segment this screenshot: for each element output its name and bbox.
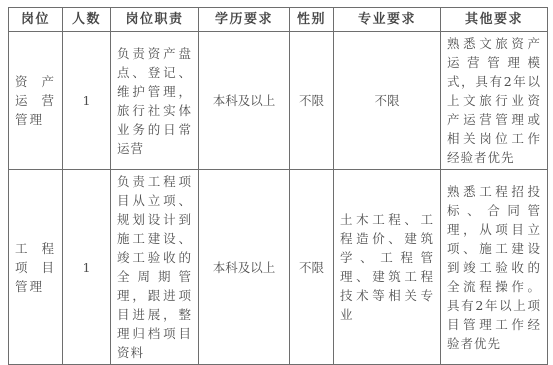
cell-gender: 不限	[290, 170, 334, 334]
table-row: 资产运营管理 1 负责资产盘点、登记、维护管理，旅行社实体业务的日常运营 本科及…	[9, 32, 548, 170]
cell-education: 本科及以上	[199, 170, 290, 334]
recruitment-table: 岗位 人数 岗位职责 学历要求 性别 专业要求 其他要求 资产运营管理 1 负责…	[8, 7, 548, 333]
cell-major: 土木工程、工程造价、建筑学、工程管理、建筑工程技术等相关专业	[334, 170, 441, 334]
cell-position: 资产运营管理	[9, 32, 63, 170]
cell-headcount: 1	[63, 32, 111, 170]
col-header-gender: 性别	[290, 8, 334, 32]
col-header-major: 专业要求	[334, 8, 441, 32]
cell-major: 不限	[334, 32, 441, 170]
cell-education: 本科及以上	[199, 32, 290, 170]
cell-position: 工程项目管理	[9, 170, 63, 334]
col-header-education: 学历要求	[199, 8, 290, 32]
table-row: 工程项目管理 1 负责工程项目从立项、规划设计到施工建设、竣工验收的全周期管理，…	[9, 170, 548, 334]
cell-other: 熟悉文旅资产运营管理模式，具有2年以上文旅行业资产运营管理或相关岗位工作经验者优…	[441, 32, 548, 170]
header-row: 岗位 人数 岗位职责 学历要求 性别 专业要求 其他要求	[9, 8, 548, 32]
cell-gender: 不限	[290, 32, 334, 170]
cell-other: 熟悉工程招投标、合同管理，从项目立项、施工建设到竣工验收的全流程操作。具有2年以…	[441, 170, 548, 334]
recruitment-table-container: 岗位 人数 岗位职责 学历要求 性别 专业要求 其他要求 资产运营管理 1 负责…	[8, 7, 547, 328]
col-header-position: 岗位	[9, 8, 63, 32]
col-header-other: 其他要求	[441, 8, 548, 32]
cell-headcount: 1	[63, 170, 111, 334]
cell-duties: 负责资产盘点、登记、维护管理，旅行社实体业务的日常运营	[111, 32, 199, 170]
col-header-headcount: 人数	[63, 8, 111, 32]
col-header-duties: 岗位职责	[111, 8, 199, 32]
cell-duties: 负责工程项目从立项、规划设计到施工建设、竣工验收的全周期管理，跟进项目进展，整理…	[111, 170, 199, 334]
